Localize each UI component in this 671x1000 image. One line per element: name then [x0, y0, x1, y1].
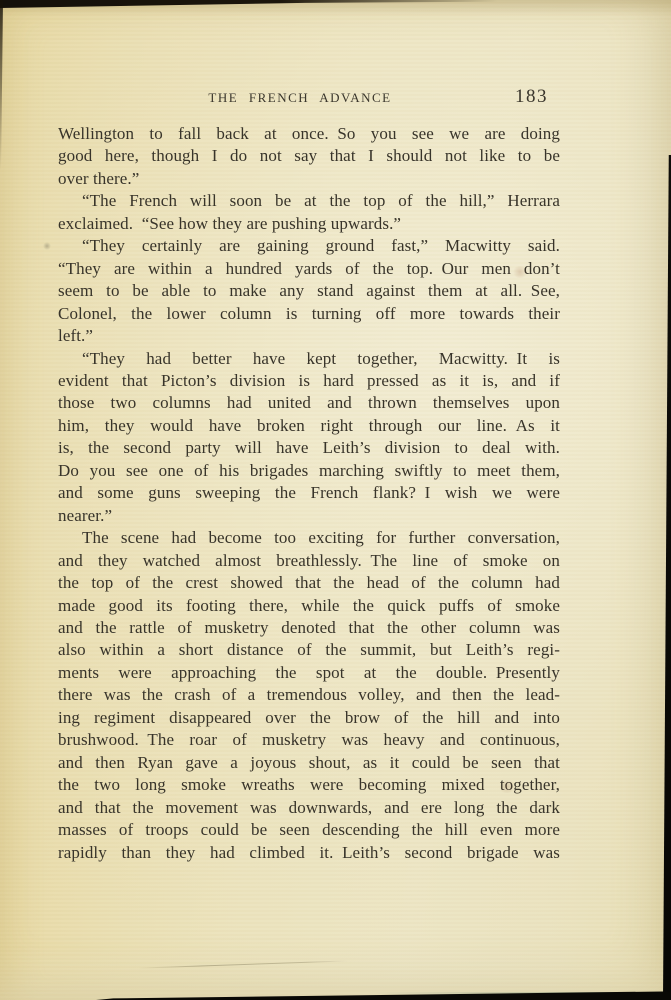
book-page-scan: THE FRENCH ADVANCE 183 Wellington to fal…	[0, 0, 671, 1000]
text-line: “They certainly are gaining ground fast,…	[58, 235, 560, 257]
text-line: and the rattle of musketry denoted that …	[58, 617, 560, 639]
text-line: those two columns had united and thrown …	[58, 392, 560, 414]
text-block: Wellington to fall back at once. So you …	[58, 123, 560, 864]
text-line: The scene had become too exciting for fu…	[58, 527, 560, 549]
text-line: ments were approaching the spot at the d…	[58, 662, 560, 684]
text-line: left.”	[58, 325, 560, 347]
text-line: and they watched almost breathlessly. Th…	[58, 550, 560, 572]
text-line: evident that Picton’s division is hard p…	[58, 370, 560, 392]
text-line: Colonel, the lower column is turning off…	[58, 303, 560, 325]
text-line: “They are within a hundred yards of the …	[58, 258, 560, 280]
text-line: rapidly than they had climbed it. Leith’…	[58, 842, 560, 864]
text-line: the top of the crest showed that the hea…	[58, 572, 560, 594]
text-line: exclaimed. “See how they are pushing upw…	[58, 213, 560, 235]
text-line: good here, though I do not say that I sh…	[58, 145, 560, 167]
text-line: and that the movement was downwards, and…	[58, 797, 560, 819]
text-line: over there.”	[58, 168, 560, 190]
page-header: THE FRENCH ADVANCE 183	[58, 86, 560, 108]
text-line: “The French will soon be at the top of t…	[58, 190, 560, 212]
running-title: THE FRENCH ADVANCE	[208, 90, 391, 106]
text-line: is, the second party will have Leith’s d…	[58, 437, 560, 459]
paragraph: The scene had become too exciting for fu…	[58, 527, 560, 864]
text-line: the two long smoke wreaths were becoming…	[58, 774, 560, 796]
paragraph: Wellington to fall back at once. So you …	[58, 123, 560, 190]
text-line: Do you see one of his brigades marching …	[58, 460, 560, 482]
paragraph: “They certainly are gaining ground fast,…	[58, 235, 560, 347]
text-line: and some guns sweeping the French flank?…	[58, 482, 560, 504]
text-line: Wellington to fall back at once. So you …	[58, 123, 560, 145]
text-line: seem to be able to make any stand agains…	[58, 280, 560, 302]
paragraph: “They had better have kept together, Mac…	[58, 348, 560, 528]
text-line: him, they would have broken right throug…	[58, 415, 560, 437]
text-line: “They had better have kept together, Mac…	[58, 348, 560, 370]
text-line: and then Ryan gave a joyous shout, as it…	[58, 752, 560, 774]
text-line: brushwood. The roar of musketry was heav…	[58, 729, 560, 751]
text-line: there was the crash of a tremendous voll…	[58, 684, 560, 706]
text-line: nearer.”	[58, 505, 560, 527]
text-line: made good its footing there, while the q…	[58, 595, 560, 617]
paragraph: “The French will soon be at the top of t…	[58, 190, 560, 235]
text-line: masses of troops could be seen descendin…	[58, 819, 560, 841]
text-line: also within a short distance of the summ…	[58, 639, 560, 661]
text-line: ing regiment disappeared over the brow o…	[58, 707, 560, 729]
page-number: 183	[515, 86, 548, 108]
